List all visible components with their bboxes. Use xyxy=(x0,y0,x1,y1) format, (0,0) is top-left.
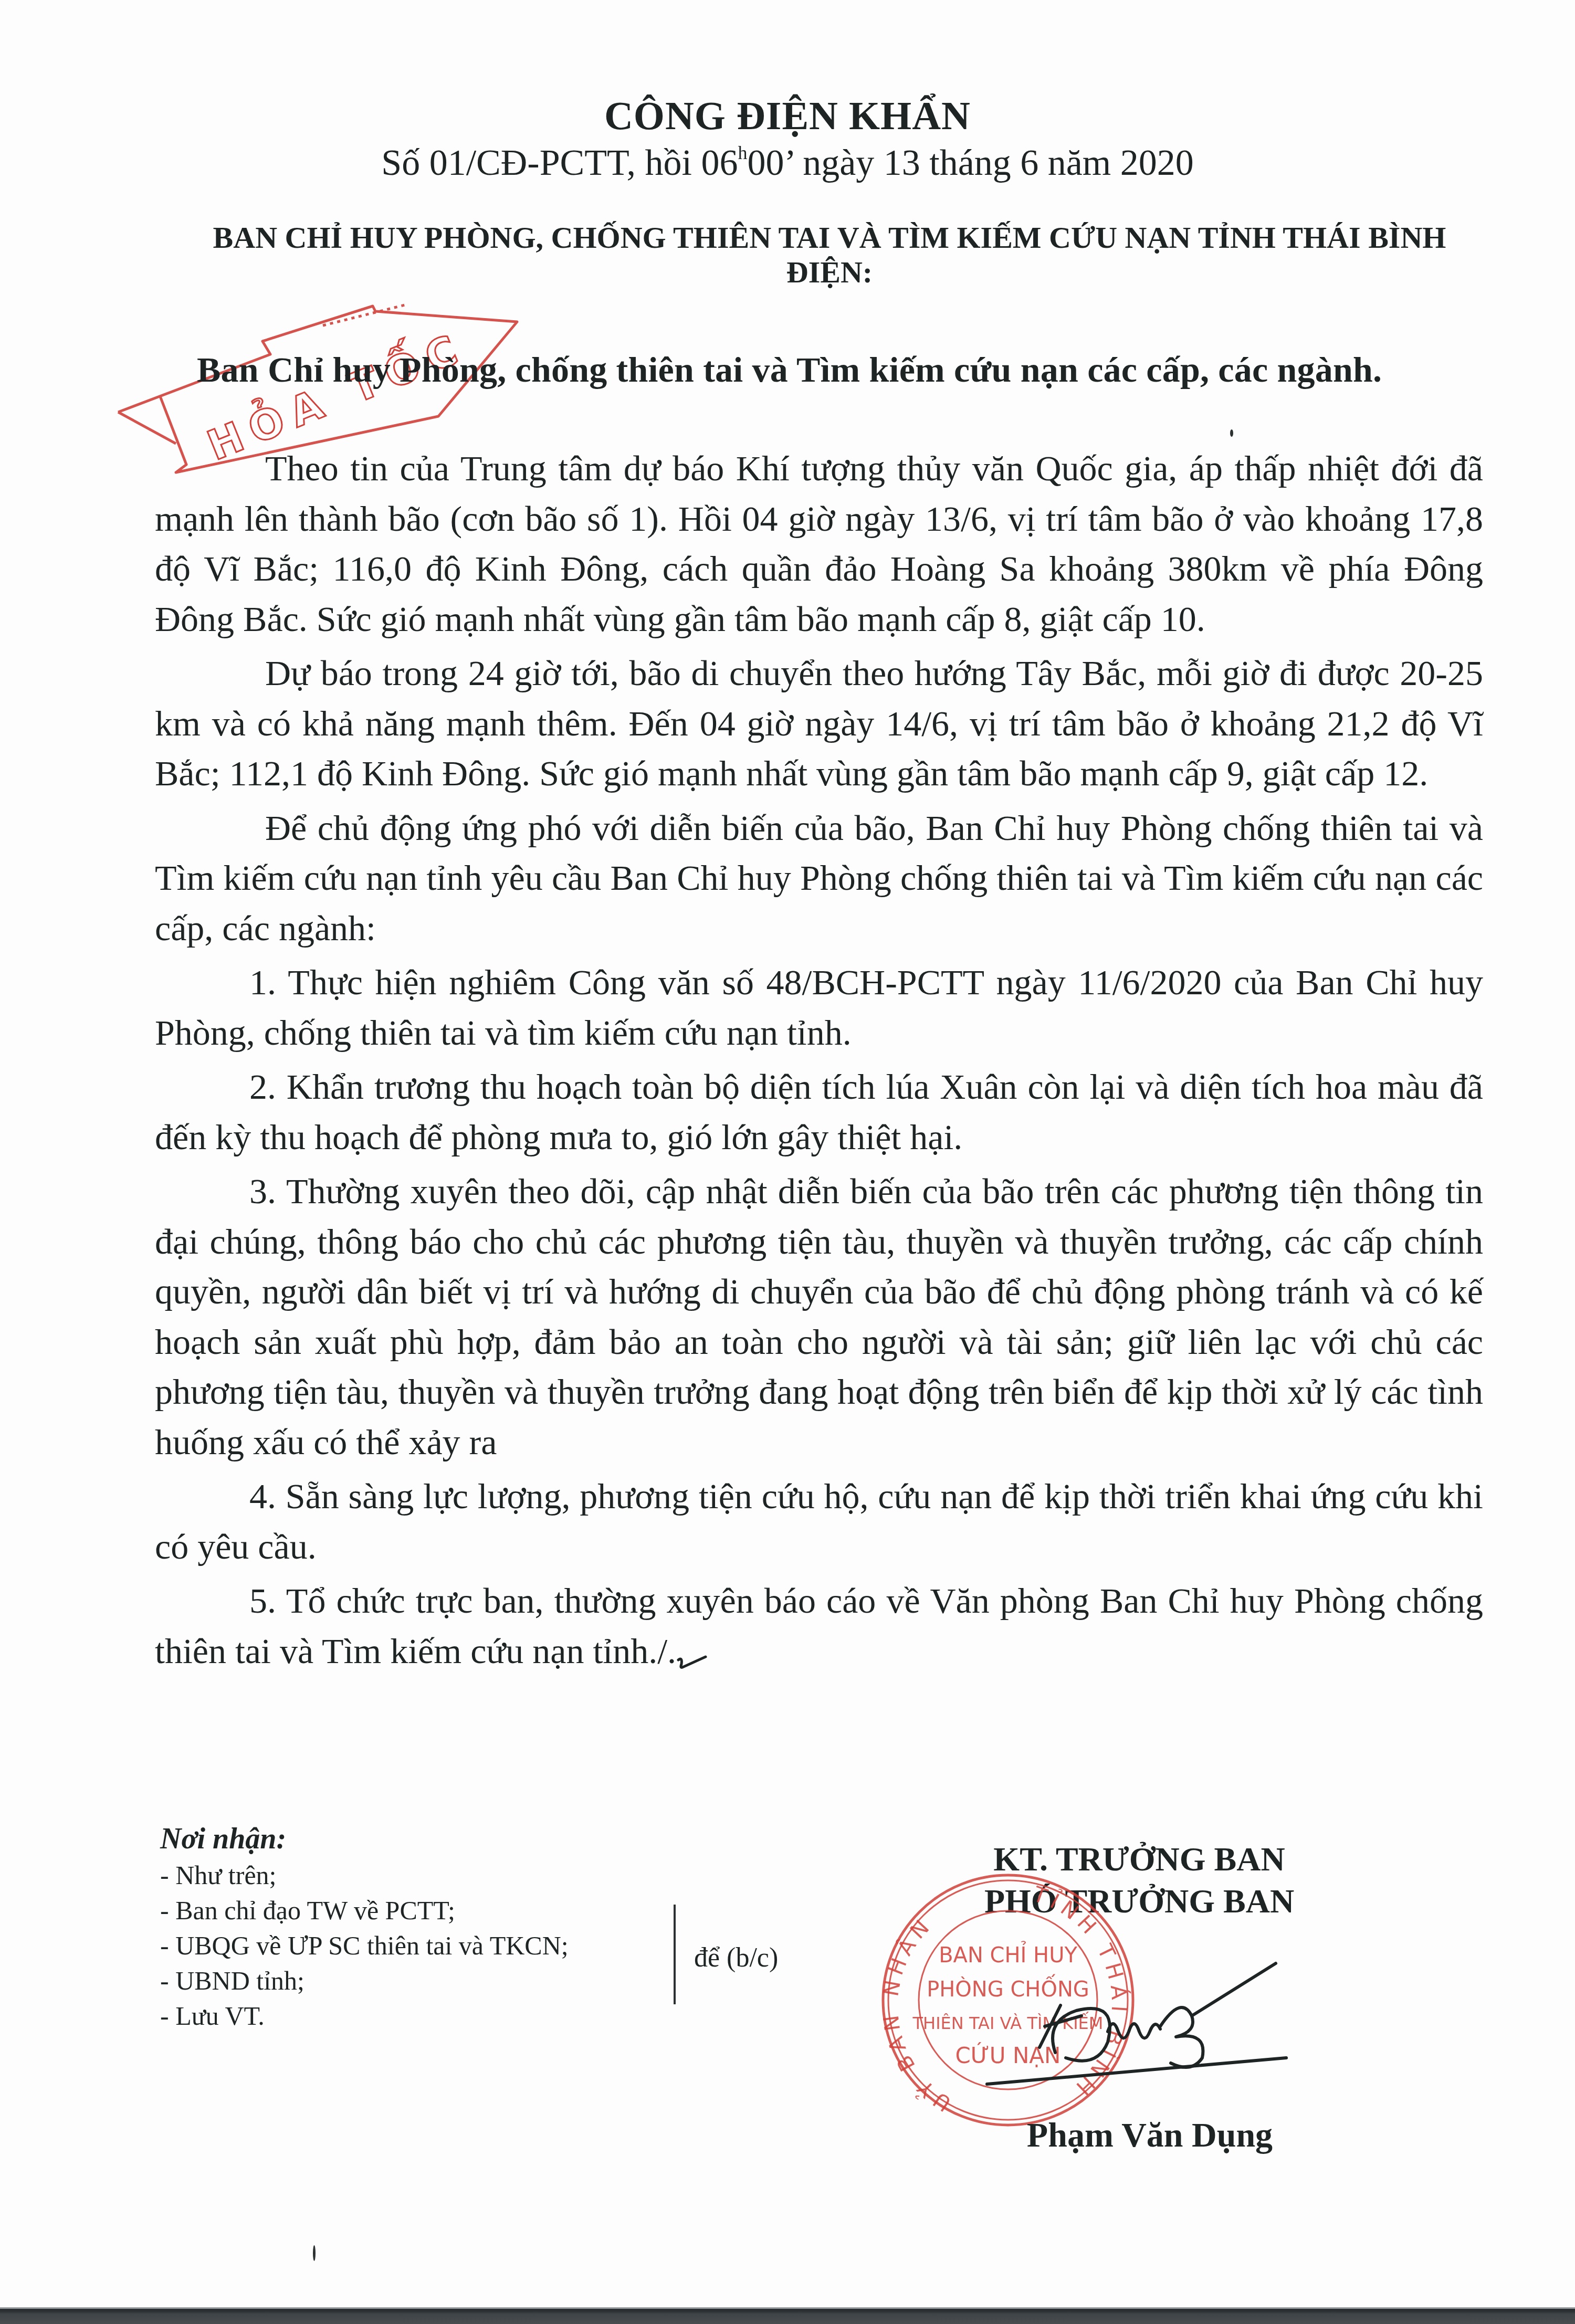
scan-speck xyxy=(313,2245,316,2261)
issuing-authority: BAN CHỈ HUY PHÒNG, CHỐNG THIÊN TAI VÀ TÌ… xyxy=(173,220,1486,290)
document-number-prefix: Số 01/CĐ-PCTT, hồi 06 xyxy=(381,143,738,183)
recipients-block: Nơi nhận: - Như trên; - Ban chỉ đạo TW v… xyxy=(160,1822,569,2034)
viewer-bottom-bar xyxy=(0,2307,1575,2324)
recipient-entry: - Ban chỉ đạo TW về PCTT; xyxy=(160,1893,569,1928)
document-title: CÔNG ĐIỆN KHẨN xyxy=(0,93,1575,139)
directive-item-text: 5. Tổ chức trực ban, thường xuyên báo cá… xyxy=(155,1581,1483,1671)
directive-item: 4. Sẵn sàng lực lượng, phương tiện cứu h… xyxy=(155,1471,1483,1572)
scan-speck xyxy=(1230,429,1233,437)
recipients-purpose: để (b/c) xyxy=(694,1942,778,1973)
recipient-entry: - Lưu VT. xyxy=(160,1999,569,2034)
document-number-suffix: 00’ ngày 13 tháng 6 năm 2020 xyxy=(748,143,1194,183)
recipient-entry: - Như trên; xyxy=(160,1858,569,1893)
document-page: CÔNG ĐIỆN KHẨN Số 01/CĐ-PCTT, hồi 06h00’… xyxy=(0,0,1575,2307)
handwritten-check-icon xyxy=(676,1649,708,1670)
directive-item: 2. Khẩn trương thu hoạch toàn bộ diện tí… xyxy=(155,1062,1483,1162)
body-paragraph: Để chủ động ứng phó với diễn biến của bã… xyxy=(155,803,1483,954)
document-number-sup: h xyxy=(738,142,748,163)
signer-name: Phạm Văn Dụng xyxy=(913,2116,1386,2155)
issuer-dispatch-label: ĐIỆN: xyxy=(173,255,1486,290)
handwritten-signature xyxy=(982,1958,1307,2089)
directive-item: 5. Tổ chức trực ban, thường xuyên báo cá… xyxy=(155,1576,1483,1676)
directive-item: 1. Thực hiện nghiêm Công văn số 48/BCH-P… xyxy=(155,958,1483,1058)
issuer-name: BAN CHỈ HUY PHÒNG, CHỐNG THIÊN TAI VÀ TÌ… xyxy=(173,220,1486,255)
recipient-entry: - UBQG về ƯP SC thiên tai và TKCN; xyxy=(160,1928,569,1963)
scan-speck xyxy=(1227,1184,1230,1194)
recipients-heading: Nơi nhận: xyxy=(160,1822,569,1857)
recipients-divider xyxy=(674,1905,676,2004)
body-paragraph: Theo tin của Trung tâm dự báo Khí tượng … xyxy=(155,444,1483,644)
document-body: Theo tin của Trung tâm dự báo Khí tượng … xyxy=(155,444,1483,1680)
recipient-entry: - UBND tỉnh; xyxy=(160,1963,569,1999)
directive-item: 3. Thường xuyên theo dõi, cập nhật diễn … xyxy=(155,1166,1483,1467)
body-paragraph: Dự báo trong 24 giờ tới, bão di chuyển t… xyxy=(155,648,1483,799)
document-number: Số 01/CĐ-PCTT, hồi 06h00’ ngày 13 tháng … xyxy=(0,142,1575,184)
dispatch-recipient: Ban Chỉ huy Phòng, chống thiên tai và Tì… xyxy=(197,349,1382,391)
